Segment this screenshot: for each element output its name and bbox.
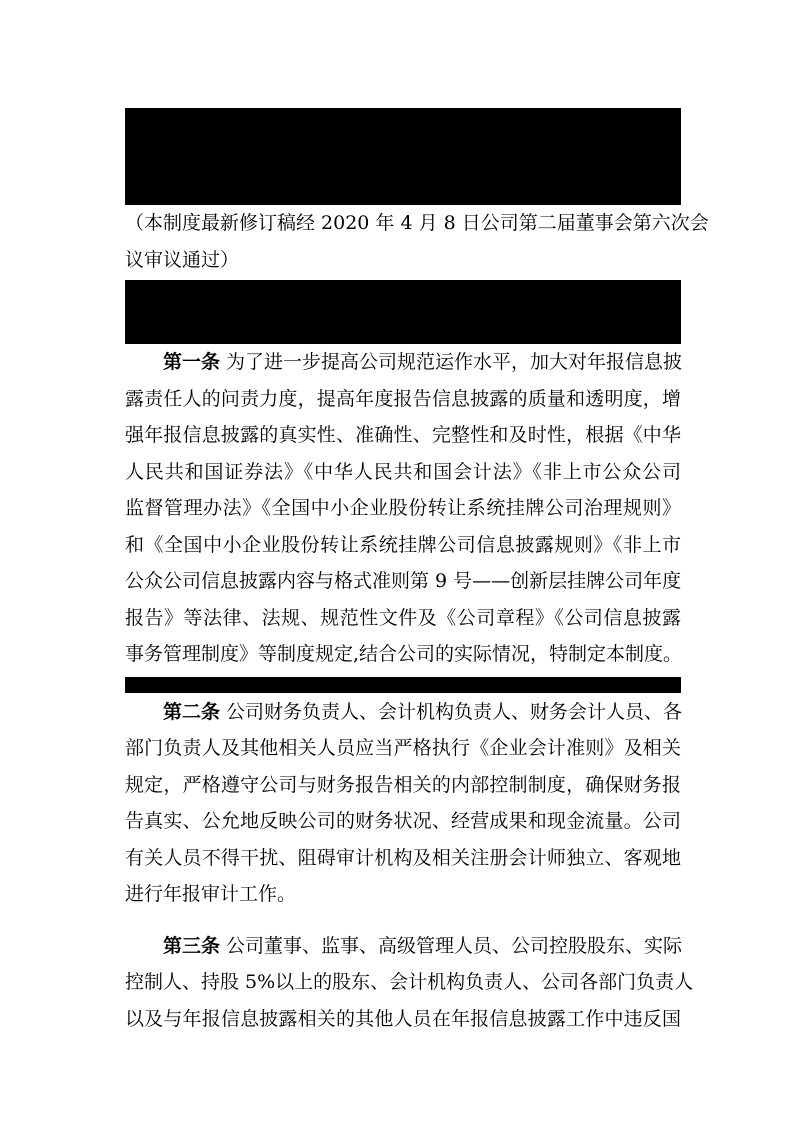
article-number: 第二条: [163, 701, 220, 723]
document-page: （本制度最新修订稿经 2020 年 4 月 8 日公司第二届董事会第六次会议审议…: [0, 0, 800, 1131]
redacted-chapter-heading-block: [125, 280, 681, 344]
text-line: 强年报信息披露的真实性、准确性、完整性和及时性，根据《中华: [125, 417, 681, 454]
text-line: 监督管理办法》《全国中小企业股份转让系统挂牌公司治理规则》: [125, 490, 681, 527]
text-line: 议审议通过）: [125, 242, 681, 279]
text-line: 第三条 公司董事、监事、高级管理人员、公司控股股东、实际: [125, 928, 681, 965]
text-line: 公众公司信息披露内容与格式准则第 9 号——创新层挂牌公司年度: [125, 563, 681, 600]
text-line: 报告》等法律、法规、规范性文件及《公司章程》《公司信息披露: [125, 600, 681, 637]
text-line: 部门负责人及其他相关人员应当严格执行《企业会计准则》及相关: [125, 730, 681, 767]
text-line: 有关人员不得干扰、阻碍审计机构及相关注册会计师独立、客观地: [125, 840, 681, 877]
article-1-paragraph: 第一条 为了进一步提高公司规范运作水平，加大对年报信息披露责任人的问责力度，提高…: [125, 344, 681, 673]
article-number: 第一条: [163, 351, 220, 373]
text-line: （本制度最新修订稿经 2020 年 4 月 8 日公司第二届董事会第六次会: [125, 205, 681, 242]
article-number: 第三条: [163, 935, 220, 957]
text-line: 事务管理制度》等制度规定,结合公司的实际情况，特制定本制度。: [125, 636, 681, 673]
page-content-column: （本制度最新修订稿经 2020 年 4 月 8 日公司第二届董事会第六次会议审议…: [125, 108, 681, 1037]
text-line: 人民共和国证券法》《中华人民共和国会计法》《非上市公众公司: [125, 454, 681, 491]
redacted-divider-strip: [125, 677, 681, 693]
text-line: 第二条 公司财务负责人、会计机构负责人、财务会计人员、各: [125, 694, 681, 731]
text-line: 以及与年报信息披露相关的其他人员在年报信息披露工作中违反国: [125, 1001, 681, 1038]
text-line: 规定，严格遵守公司与财务报告相关的内部控制制度，确保财务报: [125, 767, 681, 804]
article-2-paragraph: 第二条 公司财务负责人、会计机构负责人、财务会计人员、各部门负责人及其他相关人员…: [125, 694, 681, 913]
article-3-paragraph: 第三条 公司董事、监事、高级管理人员、公司控股股东、实际控制人、持股 5%以上的…: [125, 928, 681, 1038]
text-line: 和《全国中小企业股份转让系统挂牌公司信息披露规则》《非上市: [125, 527, 681, 564]
approval-note: （本制度最新修订稿经 2020 年 4 月 8 日公司第二届董事会第六次会议审议…: [125, 205, 681, 278]
redacted-title-block: [125, 108, 681, 205]
text-line: 进行年报审计工作。: [125, 876, 681, 913]
text-line: 第一条 为了进一步提高公司规范运作水平，加大对年报信息披: [125, 344, 681, 381]
text-line: 露责任人的问责力度，提高年度报告信息披露的质量和透明度，增: [125, 381, 681, 418]
text-line: 告真实、公允地反映公司的财务状况、经营成果和现金流量。公司: [125, 803, 681, 840]
text-line: 控制人、持股 5%以上的股东、会计机构负责人、公司各部门负责人: [125, 964, 681, 1001]
